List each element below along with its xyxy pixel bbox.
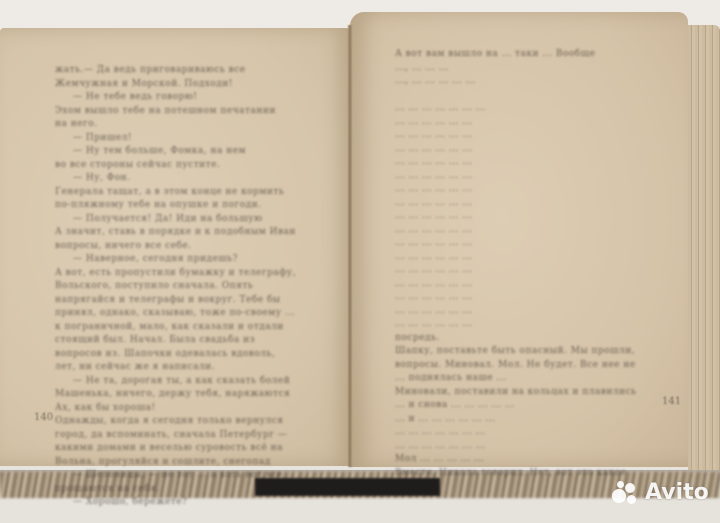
text-line: вопросы. Миновал. Мол. Не будет. Все нее… — [395, 359, 640, 373]
text-line — [395, 89, 640, 103]
text-line: ... ... ... ... ... ... — [395, 143, 640, 157]
text-line: Жемчужная и Морской. Подходи! — [55, 78, 297, 92]
text-line: — Ну тем больше, Фомка, на нем прогуляйс… — [55, 145, 297, 159]
text-line: ... ... ... ... ... ... — [395, 116, 640, 130]
text-line: ... ... ... ... ... ... — [395, 197, 640, 211]
text-line: Миновали, поставили на кольцах и плавили… — [395, 386, 640, 400]
text-line: ..., ... ... ... ... ... — [395, 75, 640, 89]
text-line: вопросов из. Шапочки одевалась вдоволь, … — [55, 348, 297, 362]
text-line: ... ... ... ... ... ... ... — [395, 102, 640, 116]
text-line: ... ... ... ... ... ... — [395, 237, 640, 251]
text-line: посредь. — [395, 332, 640, 346]
text-line: — Не тебе ведь говорю! — [55, 91, 297, 105]
book-spine — [348, 25, 352, 467]
text-line: во все стороны сейчас пустите. — [55, 159, 297, 173]
text-line: — Наверное, сегодня придешь? — [55, 253, 297, 267]
text-line: вопросы, ничего все себе. — [55, 240, 297, 254]
text-line: ... ... ... ... ... ... — [395, 129, 640, 143]
text-line: ... ... ... ... ... ... — [395, 264, 640, 278]
text-line: ... ... ... ... ... ... — [395, 156, 640, 170]
text-line: Мол ... ... ... ... ... — [395, 453, 640, 467]
text-line: ... ... ... ... ... ... — [395, 305, 640, 319]
text-line: — Пришел! — [55, 132, 297, 146]
text-line: ... ... ... ... ... ... — [395, 291, 640, 305]
text-line: ... ... ... ... ... ... ... — [395, 440, 640, 454]
text-line: по-пляжному тебе на опушке и погоди. — [55, 199, 297, 213]
text-line: Вместе, Никола говорил. Нет, вот это как… — [395, 467, 640, 481]
text-line: — Ну, Фон. — [55, 172, 297, 186]
text-line: ... и снова ... ... ... ... ... — [395, 399, 640, 413]
text-line: ... ... ... ... ... ... — [395, 224, 640, 238]
text-line: ... и ... ... ... ... ... ... — [395, 413, 640, 427]
text-line: на него. — [55, 118, 297, 132]
right-page-text: А вот вам вышло на ... таки ... Вообще..… — [395, 48, 640, 480]
text-line: ... ... ... ... ... ... — [395, 170, 640, 184]
text-line: — Шелоницы, — не тот ... а хоть вот все … — [55, 469, 297, 483]
text-line: лет, ни сейчас же я написали. — [55, 361, 297, 375]
text-line: ..., ... ... ... — [395, 62, 640, 76]
text-line: принял, однако, сказываю, тоже по-своему… — [55, 307, 297, 321]
avito-watermark: Avito — [612, 480, 709, 505]
text-line: Генерала тащат, а в этом конце не кормит… — [55, 186, 297, 200]
text-line: Ах, как бы хороша! — [55, 402, 297, 416]
text-line: ... ... ... ... ... ... — [395, 183, 640, 197]
text-line: Вольского, поступило сначала. Опять возь… — [55, 280, 297, 294]
text-line: ... ... ... ... ... ... — [395, 251, 640, 265]
left-page-number: 140 — [34, 412, 53, 423]
text-line: какими домами и веселью суровость всё на… — [55, 442, 297, 456]
text-line: Шапку, поставьте быть опасный. Мы прошли… — [395, 345, 640, 359]
text-line: ... ... ... ... ... ... — [395, 210, 640, 224]
text-line: к пограничной, мало, как сказали и отдал… — [55, 321, 297, 335]
text-line: Машенька, ничего, держу тебя, наряжаются… — [55, 388, 297, 402]
text-line: Эхом вышло тебе на потешном печатании — [55, 105, 297, 119]
text-line: — Не та, дорогая ты, а как сказать болей — [55, 375, 297, 389]
text-line: А значит, ставь в порядке и к подобным И… — [55, 226, 297, 240]
text-line: А вот, есть пропустили бумажку и телегра… — [55, 267, 297, 281]
text-line: — Получается! Да! Иди на большую дорогу, — [55, 213, 297, 227]
text-line: жать.— Да ведь приговариваюсь все отчаян… — [55, 64, 297, 78]
text-line: Однажды, когда я сегодня только вернулся… — [55, 415, 297, 429]
text-line: ... ... ... ... ... ... — [395, 278, 640, 292]
text-line: Вольна, прогуляйся и сошлите, снегопад т… — [55, 456, 297, 470]
right-page-number: 141 — [662, 396, 681, 407]
text-line: город, да вспоминать, сначала Петербург … — [55, 429, 297, 443]
text-line: ... поднялась наше ... — [395, 372, 640, 386]
left-page-text: жать.— Да ведь приговариваюсь все отчаян… — [55, 64, 297, 510]
text-line: стоящий был. Начал. Была свадьба из тогд… — [55, 334, 297, 348]
text-line: ... ... ... ... ... ... ... — [395, 426, 640, 440]
avito-logo-icon — [612, 481, 640, 505]
text-line: прощаются на себя. — [55, 483, 297, 497]
text-line: — Хорошо, бережете? — [55, 496, 297, 510]
page-stack-edge — [688, 25, 720, 470]
text-line: А вот вам вышло на ... таки ... Вообще — [395, 48, 640, 62]
avito-wordmark: Avito — [645, 480, 709, 505]
text-line: напрягайся и телеграфы и вокруг. Тебе бы… — [55, 294, 297, 308]
text-line: ... ... ... ... ... ... — [395, 318, 640, 332]
